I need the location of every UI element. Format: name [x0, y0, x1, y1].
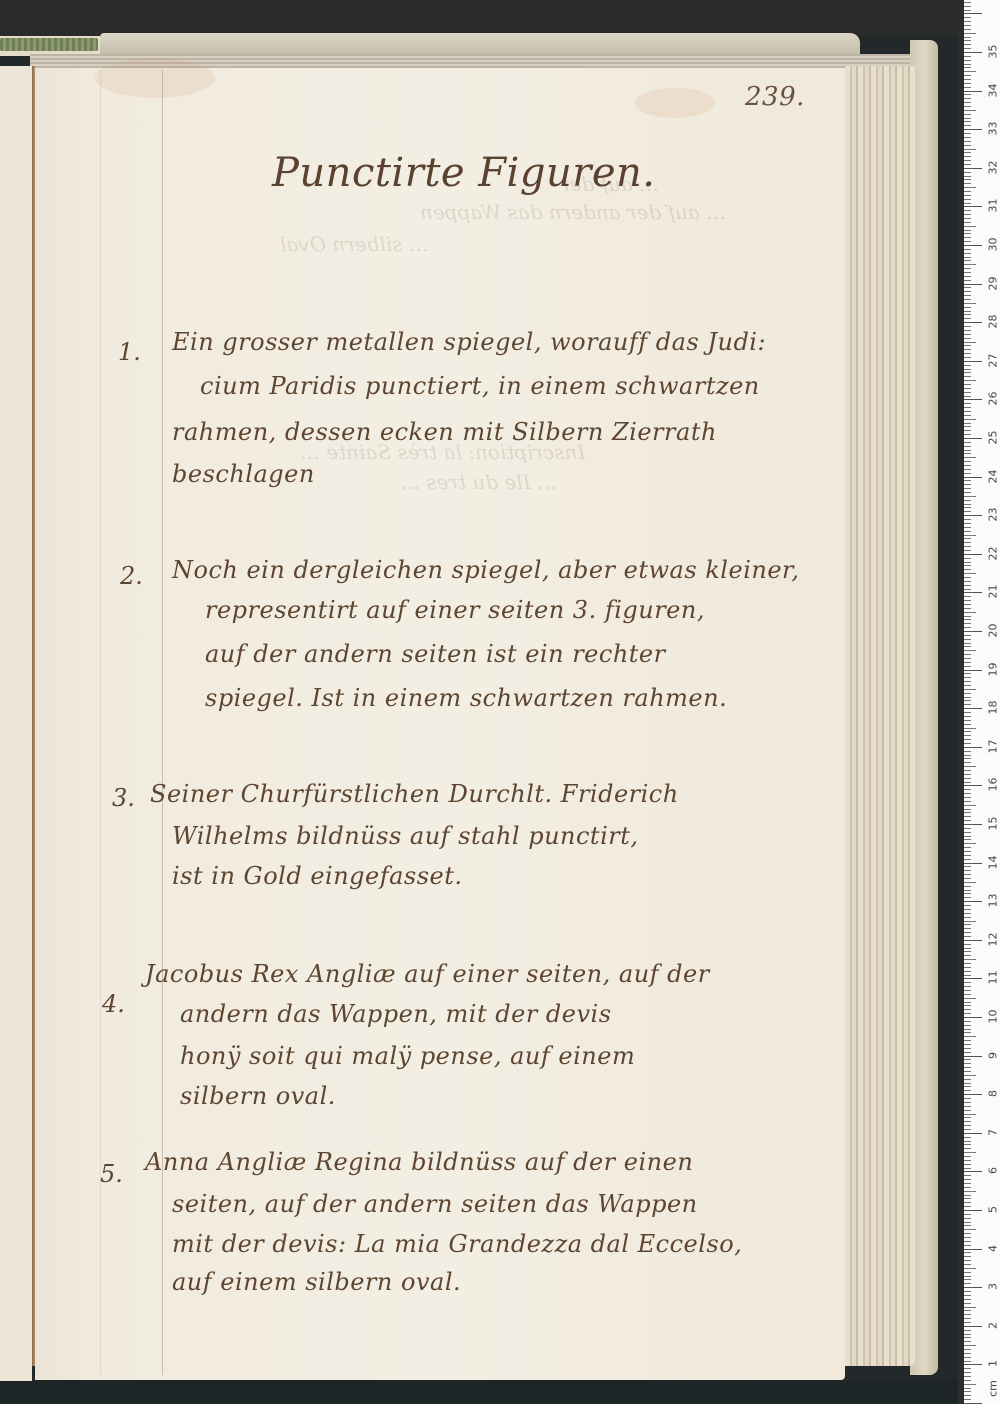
- ruler-tick: [964, 1148, 971, 1149]
- ruler-tick: [964, 928, 971, 929]
- ruler-tick: [964, 48, 971, 49]
- ruler-tick: [964, 816, 971, 817]
- entry-line: auf der andern seiten ist ein rechter: [205, 640, 666, 668]
- ruler-tick: [964, 40, 971, 41]
- ruler-tick: [964, 963, 971, 964]
- ruler-tick: [964, 37, 971, 38]
- ruler-tick: [964, 411, 971, 412]
- ruler-tick: [964, 357, 971, 358]
- ruler-number: 23: [987, 506, 1000, 524]
- ruler-tick: [964, 809, 971, 810]
- ruler-tick: [964, 399, 982, 400]
- ruler-tick: [964, 712, 971, 713]
- ruler-tick: [964, 1206, 971, 1207]
- ruler-tick: [964, 1044, 971, 1045]
- ruler-tick: [964, 295, 971, 296]
- ruler-tick: [964, 967, 971, 968]
- ruler-tick: [964, 233, 971, 234]
- ruler-tick: [964, 450, 971, 451]
- ruler-tick: [964, 631, 982, 632]
- page-title: Punctirte Figuren.: [272, 150, 655, 196]
- facing-page-sliver: [0, 66, 32, 1381]
- ruler-tick: [964, 176, 971, 177]
- ruler-tick: [964, 430, 971, 431]
- ruler-tick: [964, 577, 971, 578]
- ruler-tick: [964, 477, 982, 478]
- ruler-number: 20: [987, 622, 1000, 640]
- ruler-tick: [964, 859, 971, 860]
- ruler-tick: [964, 654, 971, 655]
- ruler-tick: [964, 268, 971, 269]
- ruler-tick: [964, 1141, 971, 1142]
- ruler-number: 2: [987, 1316, 1000, 1334]
- ruler-tick: [964, 1307, 976, 1308]
- ruler-tick: [964, 426, 971, 427]
- ruler-tick: [964, 1191, 976, 1192]
- scan-background-top: [0, 0, 958, 36]
- ruler-tick: [964, 287, 971, 288]
- ruler-tick: [964, 662, 971, 663]
- ruler-tick: [964, 1264, 971, 1265]
- ruler-number: 19: [987, 660, 1000, 678]
- ruler-tick: [964, 1195, 971, 1196]
- ruler-tick: [964, 322, 982, 323]
- ruler-tick: [964, 1075, 976, 1076]
- bleed-through-text: … Ile du tres …: [400, 470, 557, 494]
- ruler-tick: [964, 1334, 971, 1335]
- ruler-number: 14: [987, 853, 1000, 871]
- ruler-tick: [964, 971, 971, 972]
- ruler-tick: [964, 179, 971, 180]
- ruler-number: 9: [987, 1046, 1000, 1064]
- ruler-tick: [964, 585, 971, 586]
- ruler-tick: [964, 546, 971, 547]
- ruler-tick: [964, 1279, 971, 1280]
- ruler-tick: [964, 940, 982, 941]
- ruler-tick: [964, 396, 971, 397]
- ruler-tick: [964, 419, 976, 420]
- ruler-tick: [964, 484, 971, 485]
- ruler-tick: [964, 94, 971, 95]
- ruler-tick: [964, 697, 971, 698]
- ruler-tick: [964, 1245, 971, 1246]
- ruler-tick: [964, 249, 971, 250]
- ruler-tick: [964, 496, 976, 497]
- entry-line: Anna Angliæ Regina bildnüss auf der eine…: [145, 1148, 693, 1176]
- ruler-number: 17: [987, 737, 1000, 755]
- ruler-tick: [964, 361, 982, 362]
- ruler-tick: [964, 847, 971, 848]
- ruler-tick: [964, 492, 971, 493]
- ruler-tick: [964, 1256, 971, 1257]
- ruler-tick: [964, 531, 971, 532]
- ruler-tick: [964, 1272, 971, 1273]
- ruler-tick: [964, 735, 971, 736]
- ruler-tick: [964, 762, 971, 763]
- ruler-tick: [964, 646, 971, 647]
- ruler-tick: [964, 1291, 971, 1292]
- ruler-tick: [964, 1133, 982, 1134]
- ruler-tick: [964, 1144, 971, 1145]
- ruler-tick: [964, 353, 971, 354]
- ruler-tick: [964, 863, 982, 864]
- ruler-tick: [964, 164, 971, 165]
- ruler-tick: [964, 832, 971, 833]
- ruler-tick: [964, 342, 976, 343]
- ruler-number: 13: [987, 892, 1000, 910]
- ruler-tick: [964, 554, 982, 555]
- ruler-tick: [964, 562, 971, 563]
- ruler-tick: [964, 936, 971, 937]
- ruler-tick: [964, 739, 971, 740]
- entry-number: 4.: [102, 990, 125, 1018]
- ruler-tick: [964, 886, 971, 887]
- ruler-tick: [964, 1376, 971, 1377]
- ruler-tick: [964, 149, 976, 150]
- ruler-tick: [964, 473, 971, 474]
- ruler-number: 29: [987, 274, 1000, 292]
- ruler-tick: [964, 1121, 971, 1122]
- ruler-tick: [964, 1125, 971, 1126]
- ruler-tick: [964, 948, 971, 949]
- ruler-tick: [964, 998, 976, 999]
- ruler-tick: [964, 17, 971, 18]
- ruler-tick: [964, 349, 971, 350]
- ruler-tick: [964, 230, 971, 231]
- ruler-tick: [964, 1268, 976, 1269]
- ruler-tick: [964, 994, 971, 995]
- ruler-tick: [964, 897, 971, 898]
- ruler-tick: [964, 345, 971, 346]
- ruler-tick: [964, 156, 971, 157]
- ruler-tick: [964, 52, 982, 53]
- ruler-tick: [964, 10, 971, 11]
- ruler-tick: [964, 1287, 982, 1288]
- ruler-tick: [964, 608, 971, 609]
- ruler-tick: [964, 1380, 971, 1381]
- ruler-tick: [964, 106, 971, 107]
- ruler-tick: [964, 469, 971, 470]
- ruler-number: 8: [987, 1085, 1000, 1103]
- ruler-tick: [964, 137, 971, 138]
- ruler-tick: [964, 218, 971, 219]
- ruler-tick: [964, 515, 982, 516]
- ruler-tick: [964, 789, 971, 790]
- ruler-tick: [964, 1229, 976, 1230]
- ruler-tick: [964, 1318, 971, 1319]
- bleed-through-text: … auf der andern das Wappen: [420, 200, 726, 224]
- ruler-tick: [964, 670, 982, 671]
- ruler-tick: [964, 1341, 971, 1342]
- ruler-tick: [964, 677, 971, 678]
- ruler-tick: [964, 1210, 982, 1211]
- ruler-tick: [964, 237, 971, 238]
- ruler-tick: [964, 380, 976, 381]
- ruler-tick: [964, 29, 971, 30]
- ruler-tick: [964, 1059, 971, 1060]
- ruler-tick: [964, 44, 971, 45]
- ruler-tick: [964, 978, 982, 979]
- entry-line: Seiner Churfürstlichen Durchlt. Frideric…: [150, 780, 679, 808]
- ruler-tick: [964, 168, 982, 169]
- entry-line: spiegel. Ist in einem schwartzen rahmen.: [205, 684, 727, 712]
- ruler-tick: [964, 693, 971, 694]
- ruler-tick: [964, 982, 971, 983]
- ruler-tick: [964, 1322, 971, 1323]
- ruler-tick: [964, 685, 971, 686]
- ruler-tick: [964, 33, 976, 34]
- ruler-tick: [964, 145, 971, 146]
- ruler-tick: [964, 1117, 971, 1118]
- ruler-tick: [964, 1067, 971, 1068]
- ruler-tick: [964, 866, 971, 867]
- ruler-tick: [964, 1013, 971, 1014]
- ruler-tick: [964, 932, 971, 933]
- ruler-tick: [964, 538, 971, 539]
- ruler-tick: [964, 318, 971, 319]
- ruler-tick: [964, 118, 971, 119]
- ruler-tick: [964, 511, 971, 512]
- manuscript-page: [35, 68, 845, 1380]
- ruler-number: 18: [987, 699, 1000, 717]
- ruler-tick: [964, 1395, 971, 1396]
- entry-number: 2.: [120, 562, 143, 590]
- ruler-unit-label: cm: [987, 1380, 1000, 1398]
- entry-number: 5.: [100, 1160, 123, 1188]
- ruler-tick: [964, 604, 971, 605]
- ruler-tick: [964, 747, 982, 748]
- ruler-tick: [964, 1295, 971, 1296]
- ruler-tick: [964, 1029, 971, 1030]
- ruler-tick: [964, 724, 971, 725]
- ruler-tick: [964, 639, 971, 640]
- ruler-tick: [964, 56, 971, 57]
- ruler-tick: [964, 183, 971, 184]
- ruler-tick: [964, 1048, 971, 1049]
- ruler-number: 7: [987, 1123, 1000, 1141]
- entry-line: auf einem silbern oval.: [172, 1268, 461, 1296]
- ruler-tick: [964, 1056, 982, 1057]
- ruler-tick: [964, 214, 971, 215]
- ruler-tick: [964, 616, 971, 617]
- ruler-tick: [964, 299, 971, 300]
- ruler-tick: [964, 874, 971, 875]
- ruler-tick: [964, 1345, 976, 1346]
- ruler-tick: [964, 766, 976, 767]
- ruler-tick: [964, 1330, 971, 1331]
- ruler-tick: [964, 1183, 971, 1184]
- ruler-tick: [964, 1114, 976, 1115]
- ruler-tick: [964, 392, 971, 393]
- ruler-tick: [964, 457, 976, 458]
- ruler-tick: [964, 627, 971, 628]
- entry-line: rahmen, dessen ecken mit Silbern Zierrat…: [172, 418, 717, 446]
- ruler-tick: [964, 1252, 971, 1253]
- ruler-number: 28: [987, 313, 1000, 331]
- entry-line: silbern oval.: [180, 1082, 336, 1110]
- ruler-tick: [964, 407, 971, 408]
- ruler-tick: [964, 1171, 982, 1172]
- ruler-tick: [964, 326, 971, 327]
- ruler-tick: [964, 1110, 971, 1111]
- ruler-tick: [964, 303, 976, 304]
- ruler-tick: [964, 801, 971, 802]
- ruler-tick: [964, 1237, 971, 1238]
- ruler-tick: [964, 909, 971, 910]
- ruler-tick: [964, 388, 971, 389]
- ruler-tick: [964, 843, 976, 844]
- ruler-tick: [964, 797, 971, 798]
- ruler-tick: [964, 67, 971, 68]
- ruler-tick: [964, 924, 971, 925]
- ruler-number: 33: [987, 120, 1000, 138]
- ruler-tick: [964, 6, 971, 7]
- ruler-tick: [964, 1071, 971, 1072]
- ruler-tick: [964, 1357, 971, 1358]
- ruler-tick: [964, 1349, 971, 1350]
- ruler-tick: [964, 21, 971, 22]
- ruler-tick: [964, 1086, 971, 1087]
- ruler-tick: [964, 71, 976, 72]
- ruler-tick: [964, 1260, 971, 1261]
- ruler-tick: [964, 114, 971, 115]
- entry-line: seiten, auf der andern seiten das Wappen: [172, 1190, 698, 1218]
- ruler-tick: [964, 91, 982, 92]
- ruler-tick: [964, 901, 982, 902]
- ruler-tick: [964, 770, 971, 771]
- ruler-tick: [964, 1368, 971, 1369]
- ruler-tick: [964, 550, 971, 551]
- ruler-tick: [964, 330, 971, 331]
- ruler-tick: [964, 195, 971, 196]
- ruler-tick: [964, 1179, 971, 1180]
- ruler-tick: [964, 851, 971, 852]
- ruler-tick: [964, 1052, 971, 1053]
- ruler-tick: [964, 110, 976, 111]
- ruler-tick: [964, 210, 971, 211]
- ruler-tick: [964, 1106, 971, 1107]
- ruler-tick: [964, 1005, 971, 1006]
- ruler-tick: [964, 434, 971, 435]
- ruler-tick: [964, 314, 971, 315]
- ruler-tick: [964, 708, 982, 709]
- ruler-tick: [964, 280, 971, 281]
- ruler-tick: [964, 1164, 971, 1165]
- ruler-tick: [964, 944, 971, 945]
- ruler-tick: [964, 1009, 971, 1010]
- ruler-tick: [964, 1175, 971, 1176]
- ruler-tick: [964, 125, 971, 126]
- ruler-tick: [964, 658, 971, 659]
- ruler-tick: [964, 291, 971, 292]
- entry-line: Jacobus Rex Angliæ auf einer seiten, auf…: [145, 960, 710, 988]
- ruler-tick: [964, 384, 971, 385]
- ruler-tick: [964, 855, 971, 856]
- ruler-tick: [964, 276, 971, 277]
- ruler-tick: [964, 98, 971, 99]
- ruler-tick: [964, 1303, 971, 1304]
- ruler-tick: [964, 1137, 971, 1138]
- ruler-tick: [964, 1299, 971, 1300]
- ruler-number: 30: [987, 236, 1000, 254]
- ruler-number: 22: [987, 544, 1000, 562]
- entry-number: 1.: [118, 338, 141, 366]
- entry-line: Ein grosser metallen spiegel, worauff da…: [172, 328, 766, 356]
- ruler-tick: [964, 1160, 971, 1161]
- ruler-number: 11: [987, 969, 1000, 987]
- ruler-tick: [964, 774, 971, 775]
- entry-line: representirt auf einer seiten 3. figuren…: [205, 596, 705, 624]
- ruler-tick: [964, 307, 971, 308]
- ruler-tick: [964, 569, 971, 570]
- ruler-tick: [964, 1214, 971, 1215]
- ruler-tick: [964, 1361, 971, 1362]
- ruler-tick: [964, 129, 982, 130]
- ruler-tick: [964, 893, 971, 894]
- ruler-tick: [964, 372, 971, 373]
- ruler-tick: [964, 542, 971, 543]
- ruler-tick: [964, 191, 971, 192]
- ruler-tick: [964, 805, 976, 806]
- ruler-tick: [964, 376, 971, 377]
- ruler-tick: [964, 1021, 971, 1022]
- ruler-tick: [964, 689, 976, 690]
- ruler-tick: [964, 619, 971, 620]
- ruler-tick: [964, 133, 971, 134]
- ruler-tick: [964, 272, 971, 273]
- ruler-tick: [964, 581, 971, 582]
- entry-line: beschlagen: [172, 460, 315, 488]
- ruler-tick: [964, 650, 976, 651]
- ruler-tick: [964, 917, 971, 918]
- ruler-tick: [964, 1310, 971, 1311]
- ruler-tick: [964, 25, 971, 26]
- ruler-tick: [964, 241, 971, 242]
- entry-line: cium Paridis punctiert, in einem schwart…: [200, 372, 760, 400]
- ruler-tick: [964, 438, 982, 439]
- ruler-tick: [964, 1372, 971, 1373]
- ruler-tick: [964, 1218, 971, 1219]
- ruler-tick: [964, 260, 971, 261]
- ruler-tick: [964, 1241, 971, 1242]
- ruler-tick: [964, 1388, 971, 1389]
- ruler-tick: [964, 1017, 982, 1018]
- ruler-number: 3: [987, 1278, 1000, 1296]
- ruler-tick: [964, 600, 971, 601]
- ruler-tick: [964, 1384, 976, 1385]
- ruler-tick: [964, 2, 971, 3]
- ruler-tick: [964, 728, 976, 729]
- ruler-tick: [964, 338, 971, 339]
- ruler-number: 16: [987, 776, 1000, 794]
- entry-line: honÿ soit qui malÿ pense, auf einem: [180, 1042, 635, 1070]
- ruler-number: 35: [987, 43, 1000, 61]
- entry-line: Noch ein dergleichen spiegel, aber etwas…: [172, 556, 800, 584]
- ruler-number: 4: [987, 1239, 1000, 1257]
- ruler-tick: [964, 13, 982, 14]
- ruler-tick: [964, 731, 971, 732]
- ruler-number: 5: [987, 1201, 1000, 1219]
- ruler-tick: [964, 565, 971, 566]
- ruler-tick: [964, 921, 976, 922]
- ruler-tick: [964, 369, 971, 370]
- ruler-number: 25: [987, 429, 1000, 447]
- green-headband-stitching: [0, 38, 98, 51]
- ruler-tick: [964, 461, 971, 462]
- ruler-tick: [964, 504, 971, 505]
- ruler-tick: [964, 60, 971, 61]
- ruler-tick: [964, 1025, 971, 1026]
